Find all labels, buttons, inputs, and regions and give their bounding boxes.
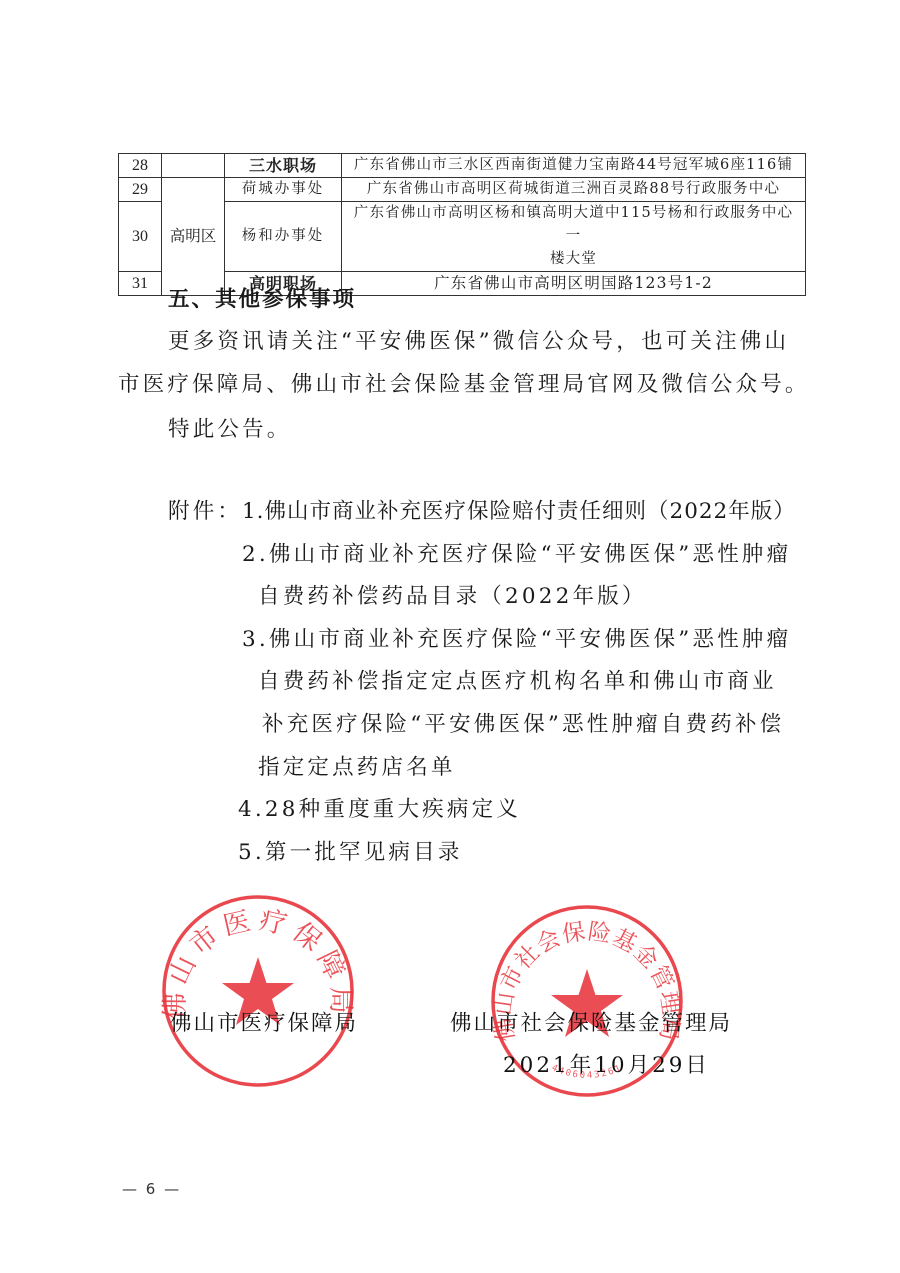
table-row: 29 高明区 荷城办事处 广东省佛山市高明区荷城街道三洲百灵路88号行政服务中心 [119,178,806,202]
document-page: 28 三水职场 广东省佛山市三水区西南街道健力宝南路44号冠军城6座116铺 2… [0,0,900,1273]
attachment-item-3-cont: 自费药补偿指定定点医疗机构名单和佛山市商业 [258,667,777,697]
attachment-item-2-cont: 自费药补偿药品目录（2022年版） [258,582,647,612]
row-number: 31 [119,272,162,296]
site-name: 杨和办事处 [225,202,342,272]
attachment-item-2: 2.佛山市商业补充医疗保险“平安佛医保”恶性肿瘤 [242,540,791,570]
row-number: 28 [119,154,162,178]
address-line: 广东省佛山市高明区杨和镇高明大道中115号杨和行政服务中心一 [348,202,799,248]
table-row: 28 三水职场 广东省佛山市三水区西南街道健力宝南路44号冠军城6座116铺 [119,154,806,178]
site-address: 广东省佛山市三水区西南街道健力宝南路44号冠军城6座116铺 [342,154,806,178]
attachment-item-3: 3.佛山市商业补充医疗保险“平安佛医保”恶性肿瘤 [242,625,791,655]
page-number: — 6 — [122,1180,181,1198]
row-number: 30 [119,202,162,272]
site-address: 广东省佛山市高明区荷城街道三洲百灵路88号行政服务中心 [342,178,806,202]
address-line: 楼大堂 [348,248,799,271]
district-cell: 高明区 [162,178,225,296]
site-address: 广东省佛山市高明区杨和镇高明大道中115号杨和行政服务中心一 楼大堂 [342,202,806,272]
signatory-social-insurance-fund-bureau: 佛山市社会保险基金管理局 [450,1009,732,1039]
attachment-item-3-cont: 补充医疗保险“平安佛医保”恶性肿瘤自费药补偿 [262,710,784,740]
site-name: 三水职场 [225,154,342,178]
site-address: 广东省佛山市高明区明国路123号1-2 [342,272,806,296]
site-name: 荷城办事处 [225,178,342,202]
attachments-label: 附件： [168,497,242,527]
paragraph-line: 市医疗保障局、佛山市社会保险基金管理局官网及微信公众号。 [118,370,810,400]
signing-date: 2021年10月29日 [503,1051,710,1081]
section-heading: 五、其他参保事项 [168,285,356,315]
closing-text: 特此公告。 [168,415,292,445]
attachment-item-1: 1.佛山市商业补充医疗保险赔付责任细则（2022年版） [242,497,796,527]
attachment-item-5: 5.第一批罕见病目录 [238,838,463,868]
service-sites-table: 28 三水职场 广东省佛山市三水区西南街道健力宝南路44号冠军城6座116铺 2… [118,153,806,296]
official-seal-medical-security-bureau: 佛山市医疗保障局 [160,893,356,1089]
district-cell [162,154,225,178]
attachment-item-3-cont: 指定定点药店名单 [258,753,456,783]
attachment-item-4: 4.28种重度重大疾病定义 [238,795,521,825]
paragraph-line: 更多资讯请关注“平安佛医保”微信公众号，也可关注佛山 [168,327,789,357]
signatory-medical-security-bureau: 佛山市医疗保障局 [170,1009,358,1039]
row-number: 29 [119,178,162,202]
